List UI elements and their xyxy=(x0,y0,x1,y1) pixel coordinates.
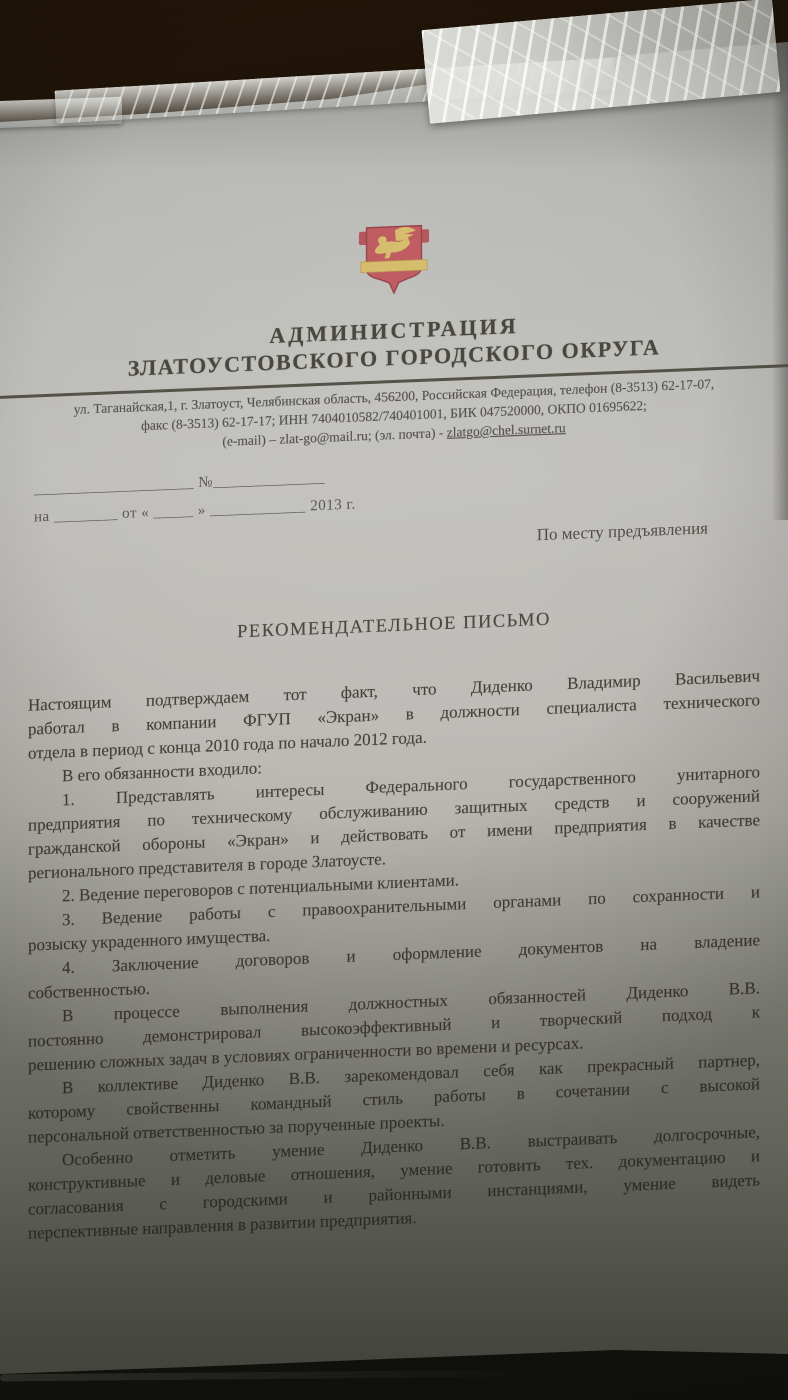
number-sign: № xyxy=(198,474,213,491)
org-address-block: ул. Таганайская,1, г. Златоуст, Челябинс… xyxy=(0,371,788,460)
document-content: АДМИНИСТРАЦИЯ ЗЛАТОУСТОВСКОГО ГОРОДСКОГО… xyxy=(0,0,788,1247)
photo-frame: АДМИНИСТРАЦИЯ ЗЛАТОУСТОВСКОГО ГОРОДСКОГО… xyxy=(0,0,788,1400)
number-blank-right: ______________ xyxy=(213,470,325,490)
table-edge-highlight xyxy=(0,1370,540,1382)
email-link: zlatgo@chel.surnet.ru xyxy=(447,420,566,440)
letter-body: Настоящим подтверждаем тот факт, что Дид… xyxy=(28,664,760,1245)
zlatoust-coat-of-arms-icon xyxy=(358,219,430,298)
letter-title: РЕКОМЕНДАТЕЛЬНОЕ ПИСЬМО xyxy=(0,599,788,653)
number-blank-left: ____________________ xyxy=(34,475,194,497)
